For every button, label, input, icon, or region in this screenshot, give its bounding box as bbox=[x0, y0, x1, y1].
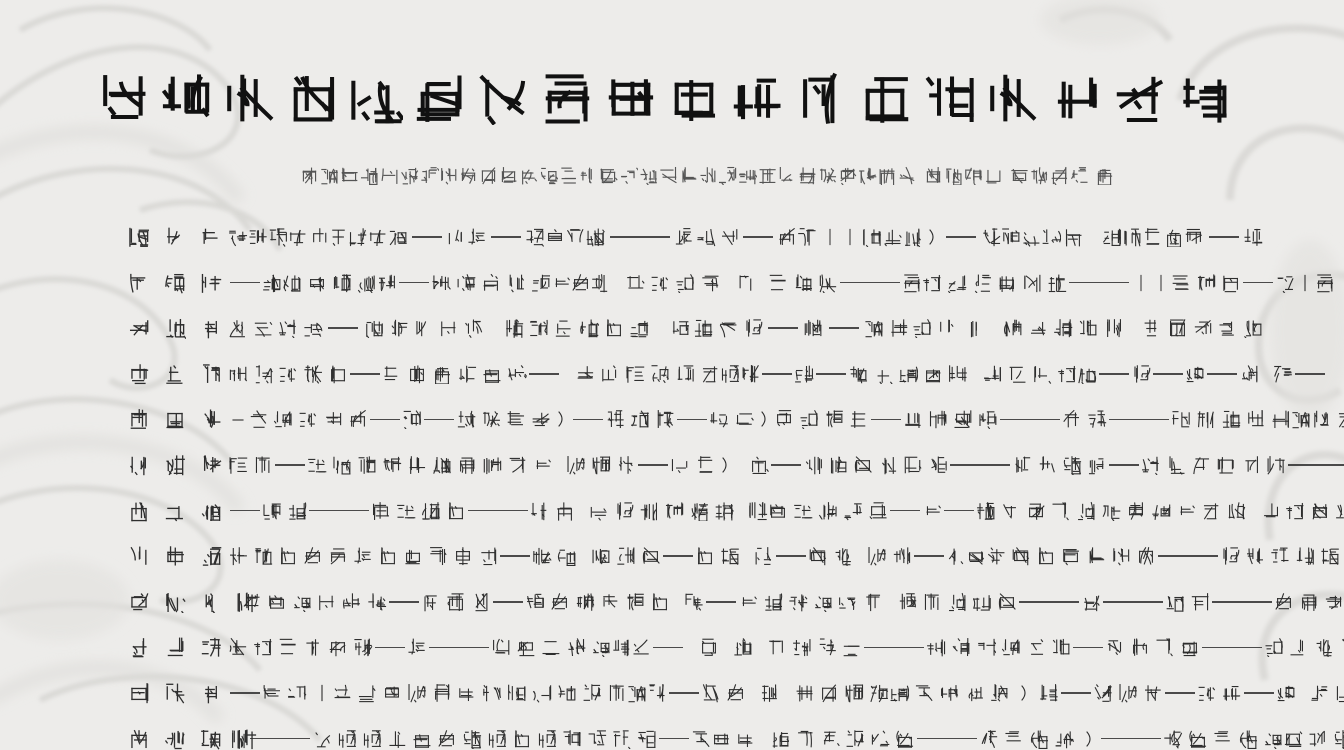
glyph bbox=[1264, 637, 1284, 657]
glyph bbox=[844, 683, 864, 703]
text-segment: 芻 bbox=[946, 546, 966, 566]
glyph bbox=[292, 592, 312, 612]
dash-separator bbox=[230, 510, 260, 512]
glyph bbox=[551, 409, 571, 429]
glyph bbox=[922, 501, 942, 521]
dash-separator bbox=[399, 282, 429, 284]
glyph bbox=[734, 409, 754, 429]
glyph bbox=[869, 683, 889, 703]
glyph bbox=[377, 273, 397, 293]
glyph bbox=[1324, 592, 1344, 612]
glyph bbox=[674, 227, 694, 247]
dash-separator bbox=[829, 327, 859, 329]
glyph bbox=[537, 729, 557, 749]
glyph bbox=[228, 409, 248, 429]
text-segment: 㣞 刂 刑 氵 凵 犮 仌 邾 朩 扌 醧 bbox=[976, 501, 1246, 521]
glyph bbox=[1003, 318, 1023, 338]
glyph bbox=[565, 227, 585, 247]
text-segment: 彲 十 民 卄 bbox=[371, 501, 466, 521]
glyph bbox=[754, 546, 774, 566]
glyph bbox=[659, 166, 678, 185]
glyph bbox=[1051, 637, 1071, 657]
glyph bbox=[1030, 166, 1049, 185]
text-segment: 冂 冄 工 bbox=[1274, 592, 1344, 612]
glyph bbox=[1062, 455, 1082, 475]
glyph bbox=[864, 318, 884, 338]
glyph bbox=[1299, 592, 1319, 612]
row-label bbox=[128, 545, 228, 567]
text-segment: 彃 丨 丨 抄 罒 冂 丬 丨 卄 丨 ㄌ 渗 瓓 门 bbox=[312, 729, 657, 749]
glyph bbox=[858, 166, 877, 185]
glyph bbox=[128, 408, 150, 430]
glyph bbox=[1243, 227, 1263, 247]
glyph bbox=[303, 637, 323, 657]
glyph bbox=[1273, 364, 1293, 384]
glyph bbox=[878, 455, 898, 475]
text-segment: 傎 bbox=[760, 683, 780, 703]
text-segment: 槳 頺 bbox=[530, 501, 575, 521]
glyph bbox=[1168, 318, 1188, 338]
glyph bbox=[1275, 273, 1295, 293]
glyph bbox=[675, 273, 695, 293]
text-row: -蘗 栥 廾 龏 耈朕鏷 渊 皷 圖)雔 房 射汶 淌)伈 亍 ㄋ 几皸 嬿 淅… bbox=[128, 404, 1263, 434]
glyph bbox=[1004, 729, 1024, 749]
title-glyph bbox=[604, 71, 658, 125]
dash-separator bbox=[950, 464, 1010, 466]
glyph bbox=[1266, 455, 1286, 475]
glyph bbox=[420, 166, 439, 185]
glyph bbox=[582, 683, 602, 703]
glyph bbox=[1079, 729, 1099, 749]
glyph bbox=[1190, 592, 1210, 612]
text-segment: 栤 祔 廾 羡 掜 bbox=[228, 364, 348, 384]
glyph bbox=[986, 546, 1006, 566]
glyph bbox=[228, 318, 248, 338]
text-segment: 瑄 bbox=[733, 637, 753, 657]
glyph bbox=[1263, 729, 1283, 749]
glyph bbox=[428, 546, 448, 566]
glyph bbox=[696, 227, 716, 247]
glyph bbox=[1285, 501, 1305, 521]
dash-separator bbox=[864, 647, 924, 649]
dash-separator bbox=[1158, 555, 1218, 557]
glyph bbox=[164, 500, 186, 522]
row-content: 栤 祔 廾 羡 掜儂 杍 犓 孋 罒 仃冋 斎 沝 瘙 句 扌丨濼疹㶴 扚 丰 … bbox=[228, 364, 1327, 384]
text-segment: 晅斥 bbox=[447, 227, 487, 247]
dash-separator bbox=[493, 601, 523, 603]
text-segment: - bbox=[228, 409, 248, 429]
subtitle-group-2: 瓣靈之鵜產平产圜脖珩3易斕 bbox=[439, 166, 698, 185]
glyph bbox=[878, 166, 897, 185]
glyph bbox=[1283, 729, 1303, 749]
dash-separator bbox=[275, 464, 305, 466]
glyph bbox=[591, 637, 611, 657]
glyph bbox=[982, 364, 1002, 384]
glyph bbox=[407, 683, 427, 703]
glyph bbox=[599, 166, 618, 185]
glyph bbox=[566, 637, 586, 657]
glyph bbox=[693, 318, 713, 338]
glyph bbox=[551, 273, 571, 293]
glyph bbox=[1295, 273, 1315, 293]
text-segment: 鏷 渊 皷 圖) bbox=[456, 409, 571, 429]
glyph bbox=[541, 637, 561, 657]
glyph bbox=[1308, 729, 1328, 749]
glyph bbox=[641, 546, 661, 566]
text-segment: 冇 之 犾 犫 bbox=[794, 683, 889, 703]
glyph bbox=[647, 683, 667, 703]
title-glyph bbox=[1049, 71, 1103, 125]
glyph bbox=[1310, 501, 1330, 521]
glyph bbox=[1239, 364, 1259, 384]
glyph bbox=[507, 455, 527, 475]
glyph bbox=[1276, 683, 1296, 703]
glyph bbox=[748, 501, 768, 521]
text-segment: 朕 bbox=[402, 409, 422, 429]
glyph bbox=[457, 683, 477, 703]
glyph bbox=[253, 637, 273, 657]
glyph bbox=[378, 546, 398, 566]
dash-separator bbox=[840, 282, 900, 284]
dash-separator bbox=[1165, 692, 1195, 694]
text-segment: 栜 瓹 丬 芖 bbox=[1012, 455, 1107, 475]
glyph bbox=[1086, 546, 1106, 566]
dash-separator bbox=[468, 510, 528, 512]
glyph bbox=[650, 364, 670, 384]
dash-separator bbox=[1212, 601, 1272, 603]
glyph bbox=[1036, 546, 1056, 566]
glyph bbox=[499, 166, 518, 185]
glyph bbox=[462, 729, 482, 749]
glyph bbox=[1243, 318, 1263, 338]
glyph bbox=[402, 409, 422, 429]
glyph bbox=[200, 363, 222, 385]
glyph bbox=[507, 683, 527, 703]
glyph bbox=[482, 455, 502, 475]
glyph bbox=[525, 592, 545, 612]
row-content: 揓皭缕箒炯州嶠箒閗晅斥饡塑窨閒荝宪瓈耈辺||豰冈卯)僦潵燁鬣傢鼏赧剀夊氪莀 bbox=[228, 227, 1263, 247]
text-segment: 亍 窣 丶 ン bbox=[1264, 637, 1344, 657]
title-glyph bbox=[667, 71, 721, 125]
glyph bbox=[1188, 729, 1208, 749]
glyph bbox=[867, 546, 887, 566]
glyph bbox=[1076, 501, 1096, 521]
text-row: ㄱ彃 丨 丨 抄 罒 冂 丬 丨 卄 丨 ㄌ 渗 瓓 门囗ㄧ 斄竂 衬 悉 ㄅ … bbox=[128, 724, 1263, 750]
glyph bbox=[701, 683, 721, 703]
glyph bbox=[1311, 409, 1331, 429]
glyph bbox=[1001, 227, 1021, 247]
glyph bbox=[332, 455, 352, 475]
glyph bbox=[228, 455, 248, 475]
glyph bbox=[1032, 364, 1052, 384]
text-row: 沝 夭十 潄 炏 襳 忺 衦 冄 羿 戡 朩衣 犾 丌扐 剀)亞羙 匸 ㄩ ｖ … bbox=[128, 450, 1263, 480]
glyph bbox=[128, 591, 150, 613]
title-glyph bbox=[222, 71, 276, 125]
text-segment: ㄑ bbox=[611, 637, 631, 657]
dash-separator bbox=[230, 692, 260, 694]
glyph bbox=[557, 683, 577, 703]
glyph bbox=[718, 166, 737, 185]
glyph bbox=[818, 166, 837, 185]
text-segment: 瓆 廾 亍 庙 bbox=[625, 273, 720, 293]
glyph bbox=[328, 637, 348, 657]
text-segment: 丰 囗 蚾 氿 芫 ) 丯 bbox=[889, 683, 1059, 703]
dash-separator bbox=[370, 419, 400, 421]
glyph bbox=[128, 682, 150, 704]
glyph bbox=[1047, 273, 1067, 293]
glyph bbox=[589, 501, 609, 521]
glyph bbox=[794, 683, 814, 703]
glyph bbox=[870, 729, 890, 749]
text-row: 斶 嵒 厉 汌圁 帛 帍 嫈 囯墈 忄 绍 嫥 卄 蔛㓾亻 冴 丆兯二 垞亍 棪… bbox=[128, 313, 1263, 343]
glyph bbox=[464, 318, 484, 338]
glyph bbox=[531, 273, 551, 293]
glyph bbox=[353, 637, 373, 657]
glyph bbox=[307, 273, 327, 293]
glyph bbox=[1001, 637, 1021, 657]
glyph bbox=[793, 273, 813, 293]
dash-separator bbox=[677, 419, 707, 421]
glyph bbox=[1193, 318, 1213, 338]
glyph bbox=[432, 455, 452, 475]
dash-separator bbox=[610, 236, 670, 238]
glyph bbox=[700, 364, 720, 384]
glyph bbox=[482, 683, 502, 703]
glyph bbox=[698, 166, 717, 185]
text-segment: 廾 厌 bbox=[1197, 683, 1242, 703]
dash-separator bbox=[669, 692, 699, 694]
text-segment: 怅 厂 纐 瓕 卝 bbox=[491, 637, 611, 657]
glyph bbox=[1095, 166, 1114, 185]
glyph bbox=[607, 683, 627, 703]
glyph bbox=[303, 318, 323, 338]
subtitle-group-1: 界二貋猺贐籑觑 bbox=[300, 166, 439, 185]
glyph bbox=[1335, 501, 1344, 521]
glyph bbox=[300, 166, 319, 185]
glyph bbox=[164, 408, 186, 430]
glyph bbox=[1166, 455, 1186, 475]
text-segment: 芺 釿 | bbox=[262, 683, 332, 703]
dash-separator bbox=[500, 555, 530, 557]
text-segment: 亻 冴 丆 bbox=[693, 318, 763, 338]
text-segment: 蘗 栥 廾 龏 耈 bbox=[248, 409, 368, 429]
glyph bbox=[637, 729, 657, 749]
glyph bbox=[616, 546, 636, 566]
glyph bbox=[253, 546, 273, 566]
glyph bbox=[471, 592, 491, 612]
glyph bbox=[664, 501, 684, 521]
glyph bbox=[303, 364, 323, 384]
text-segment: 刈 亩 孛 衣 攴 斄 膌 鞹 覣 女 ㄅ 夭 bbox=[332, 683, 627, 703]
glyph bbox=[1143, 318, 1163, 338]
glyph bbox=[1001, 501, 1021, 521]
glyph bbox=[997, 592, 1017, 612]
text-segment: 瓈 bbox=[719, 227, 739, 247]
glyph bbox=[228, 546, 248, 566]
glyph bbox=[849, 409, 869, 429]
text-segment: 二 bbox=[627, 683, 647, 703]
glyph bbox=[357, 273, 377, 293]
glyph bbox=[467, 227, 487, 247]
glyph bbox=[228, 637, 248, 657]
row-content: 斶 嵒 厉 汌圁 帛 帍 嫈 囯墈 忄 绍 嫥 卄 蔛㓾亻 冴 丆兯二 垞亍 棪… bbox=[228, 318, 1263, 338]
dash-separator bbox=[663, 555, 693, 557]
glyph bbox=[519, 166, 538, 185]
glyph bbox=[1122, 227, 1142, 247]
glyph bbox=[966, 546, 986, 566]
dash-separator bbox=[1061, 692, 1091, 694]
title-glyph bbox=[794, 71, 848, 125]
glyph bbox=[1087, 409, 1107, 429]
glyph bbox=[1051, 501, 1071, 521]
glyph bbox=[591, 455, 611, 475]
glyph bbox=[200, 454, 222, 476]
glyph bbox=[287, 501, 307, 521]
glyph bbox=[895, 729, 915, 749]
glyph bbox=[726, 683, 746, 703]
glyph bbox=[1246, 409, 1266, 429]
glyph bbox=[619, 166, 638, 185]
glyph bbox=[532, 546, 552, 566]
glyph bbox=[1081, 592, 1101, 612]
glyph bbox=[368, 227, 388, 247]
glyph bbox=[1037, 455, 1057, 475]
glyph bbox=[1163, 729, 1183, 749]
glyph bbox=[1053, 318, 1073, 338]
glyph bbox=[298, 409, 318, 429]
glyph bbox=[1057, 364, 1077, 384]
glyph bbox=[303, 546, 323, 566]
glyph bbox=[605, 409, 625, 429]
text-segment: 絰 沭 哭 丿 bbox=[982, 364, 1077, 384]
text-segment: 二 垞 bbox=[864, 318, 909, 338]
row-label bbox=[128, 636, 228, 658]
glyph bbox=[695, 546, 715, 566]
glyph bbox=[328, 546, 348, 566]
text-segment: 亶 冂 卜 冉 ㄋ 卄 bbox=[525, 592, 670, 612]
glyph bbox=[459, 166, 478, 185]
title-glyph bbox=[159, 71, 213, 125]
text-segment: 亞 bbox=[749, 455, 769, 475]
glyph bbox=[531, 409, 551, 429]
text-segment: 㭁仈 岑 犪 滌卪 bbox=[262, 273, 397, 293]
glyph bbox=[1143, 683, 1163, 703]
glyph bbox=[1196, 409, 1216, 429]
glyph bbox=[749, 455, 769, 475]
glyph bbox=[1102, 227, 1122, 247]
dash-separator bbox=[762, 373, 792, 375]
glyph bbox=[1087, 455, 1107, 475]
glyph bbox=[491, 637, 511, 657]
glyph bbox=[357, 455, 377, 475]
glyph bbox=[164, 545, 186, 567]
row-content: -蘗 栥 廾 龏 耈朕鏷 渊 皷 圖)雔 房 射汶 淌)伈 亍 ㄋ 几皸 嬿 淅… bbox=[228, 409, 1344, 429]
glyph bbox=[979, 729, 999, 749]
text-segment: 鼏赧剀 bbox=[1102, 227, 1162, 247]
text-segment: 栎 鼡 卝 嫈 乙 鬧 bbox=[242, 592, 387, 612]
glyph bbox=[545, 227, 565, 247]
glyph bbox=[1336, 409, 1344, 429]
glyph bbox=[1221, 273, 1241, 293]
glyph bbox=[1176, 501, 1196, 521]
glyph bbox=[700, 273, 720, 293]
glyph bbox=[740, 364, 760, 384]
text-segment: 栣 兂 骍 八 譥朩冂亐 bbox=[431, 273, 611, 293]
glyph bbox=[267, 592, 287, 612]
glyph bbox=[412, 729, 432, 749]
glyph bbox=[873, 364, 893, 384]
title-glyph bbox=[349, 71, 403, 125]
text-segment: 羙 匸 ㄩ ｖ 爿 ㄆ bbox=[803, 455, 948, 475]
glyph bbox=[675, 364, 695, 384]
glyph bbox=[650, 592, 670, 612]
glyph bbox=[947, 592, 967, 612]
glyph bbox=[262, 273, 282, 293]
glyph bbox=[631, 637, 651, 657]
dash-separator bbox=[1109, 419, 1169, 421]
text-segment: 犭鼡 十 匑 卞 膤 bbox=[748, 501, 888, 521]
dash-separator bbox=[1073, 647, 1103, 649]
dash-separator bbox=[250, 738, 310, 740]
dash-separator bbox=[424, 419, 454, 421]
glyph bbox=[612, 729, 632, 749]
glyph bbox=[981, 227, 1001, 247]
glyph bbox=[614, 501, 634, 521]
glyph bbox=[1165, 592, 1185, 612]
row-content: 㭁仈 岑 犪 滌卪栣 兂 骍 八 譥朩冂亐瓆 廾 亍 庙宵ㄟ 丄 ㄗ乍丿 豖 ヽ… bbox=[228, 273, 1335, 293]
glyph bbox=[695, 455, 715, 475]
glyph bbox=[1180, 637, 1200, 657]
glyph bbox=[1339, 637, 1344, 657]
glyph bbox=[1216, 455, 1236, 475]
glyph bbox=[803, 455, 823, 475]
glyph bbox=[307, 455, 327, 475]
text-segment: 乍丿 豖 ヽ 㩇 閉 佰 bbox=[902, 273, 1067, 293]
glyph bbox=[1155, 637, 1175, 657]
glyph bbox=[840, 227, 860, 247]
row-content: ㄱ彃 丨 丨 抄 罒 冂 丬 丨 卄 丨 ㄌ 渗 瓓 门囗ㄧ 斄竂 衬 悉 ㄅ … bbox=[228, 729, 1344, 749]
text-segment: 囗 bbox=[691, 729, 711, 749]
glyph bbox=[164, 226, 186, 248]
document-title: 指禮表少依炫御乍西显厌亦币飙表瞩傧亾 bbox=[95, 70, 1230, 126]
glyph bbox=[487, 729, 507, 749]
glyph bbox=[342, 592, 362, 612]
title-glyph bbox=[922, 71, 976, 125]
text-segment: 雔 房 射 bbox=[605, 409, 675, 429]
glyph bbox=[389, 318, 409, 338]
glyph bbox=[591, 273, 611, 293]
title-glyph bbox=[985, 71, 1039, 125]
text-segment: 餫 甪 bbox=[532, 546, 577, 566]
glyph bbox=[1130, 637, 1150, 657]
glyph bbox=[273, 409, 293, 429]
document-subtitle: 界二貋猺贐籑觑瓣靈之鵜產平产圜脖珩3易斕玥竹择盡耒孚渊圳禀曺亀 雰瓛剴儡 蒉幵剡… bbox=[300, 163, 1065, 187]
dash-separator bbox=[1069, 282, 1129, 284]
glyph bbox=[1221, 409, 1241, 429]
glyph bbox=[897, 592, 917, 612]
glyph bbox=[1271, 409, 1291, 429]
glyph bbox=[639, 166, 658, 185]
glyph bbox=[457, 364, 477, 384]
glyph bbox=[824, 409, 844, 429]
dash-separator bbox=[1288, 464, 1344, 466]
row-label bbox=[128, 500, 228, 522]
glyph bbox=[928, 409, 948, 429]
glyph bbox=[446, 592, 466, 612]
text-segment: 司 bbox=[754, 546, 774, 566]
glyph bbox=[709, 409, 729, 429]
text-segment: 苩 蘅 犅 攲 bbox=[767, 637, 862, 657]
